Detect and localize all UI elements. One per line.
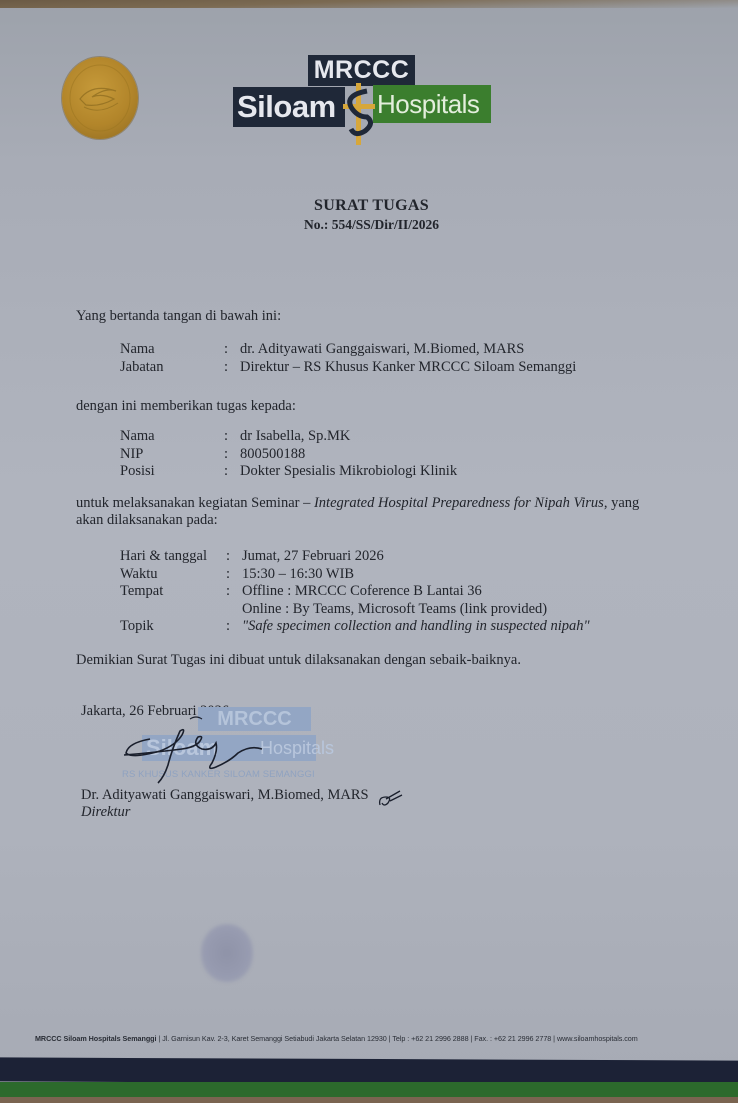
signatory-details: Nama: dr. Adityawati Ganggaiswari, M.Bio… [120, 341, 576, 376]
logo-mrccc-text: MRCCC [308, 55, 415, 86]
document-header: SURAT TUGAS No.: 554/SS/Dir/II/2026 [0, 197, 738, 233]
footer-phone: Telp : +62 21 2996 2888 [392, 1034, 468, 1043]
footer-fax: Fax. : +62 21 2996 2778 [474, 1034, 551, 1043]
assignee-row-position: Posisi: Dokter Spesialis Mikrobiologi Kl… [120, 463, 457, 481]
footer-band-navy [0, 1057, 738, 1084]
photo-edge-bottom [0, 1097, 738, 1103]
footer-website: www.siloamhospitals.com [557, 1034, 638, 1043]
footer-address: Jl. Garnisun Kav. 2-3, Karet Semanggi Se… [162, 1034, 387, 1043]
assignee-row-name: Nama: dr Isabella, Sp.MK [120, 428, 457, 446]
event-row-venue-online: Online : By Teams, Microsoft Teams (link… [120, 601, 590, 619]
intro-text: Yang bertanda tangan di bawah ini: [76, 308, 281, 325]
assign-intro-text: dengan ini memberikan tugas kepada: [76, 398, 296, 415]
handwritten-signature-icon [120, 705, 340, 785]
photo-edge-top [0, 0, 738, 8]
official-stamp: MRCCC Siloam Hospitals RS KHUSUS KANKER … [120, 705, 340, 785]
letter-footer: MRCCC Siloam Hospitals Semanggi | Jl. Ga… [35, 1034, 725, 1043]
purpose-text: untuk melaksanakan kegiatan Seminar – In… [76, 495, 639, 529]
event-details: Hari & tanggal: Jumat, 27 Februari 2026 … [120, 548, 590, 636]
event-row-date: Hari & tanggal: Jumat, 27 Februari 2026 [120, 548, 590, 566]
event-row-venue-offline: Tempat: Offline : MRCCC Coference B Lant… [120, 583, 590, 601]
event-name: Integrated Hospital Preparedness for Nip… [314, 495, 604, 511]
gold-seal-icon [62, 57, 138, 139]
logo-siloam-text: Siloam [233, 87, 345, 127]
event-row-time: Waktu: 15:30 – 16:30 WIB [120, 566, 590, 584]
event-row-topic: Topik: "Safe specimen collection and han… [120, 618, 590, 636]
assignee-details: Nama: dr Isabella, Sp.MK NIP: 800500188 … [120, 428, 457, 481]
signer-position: Direktur [81, 804, 369, 821]
mrccc-siloam-logo: MRCCC Siloam Hospitals [233, 55, 493, 145]
signatory-row-position: Jabatan: Direktur – RS Khusus Kanker MRC… [120, 359, 576, 377]
ink-smudge [201, 924, 253, 982]
signer-name: Dr. Adityawati Ganggaiswari, M.Biomed, M… [81, 787, 369, 804]
assignee-row-nip: NIP: 800500188 [120, 446, 457, 464]
signer-block: Dr. Adityawati Ganggaiswari, M.Biomed, M… [81, 787, 369, 821]
closing-text: Demikian Surat Tugas ini dibuat untuk di… [76, 652, 521, 669]
footer-band-green [0, 1082, 738, 1098]
logo-hospitals-text: Hospitals [373, 85, 491, 123]
initial-paraf-icon [376, 789, 404, 809]
signatory-row-name: Nama: dr. Adityawati Ganggaiswari, M.Bio… [120, 341, 576, 359]
document-title: SURAT TUGAS [5, 197, 738, 215]
footer-org: MRCCC Siloam Hospitals Semanggi [35, 1034, 156, 1043]
document-number: No.: 554/SS/Dir/II/2026 [5, 217, 738, 233]
staff-snake-emblem-icon [341, 83, 377, 145]
